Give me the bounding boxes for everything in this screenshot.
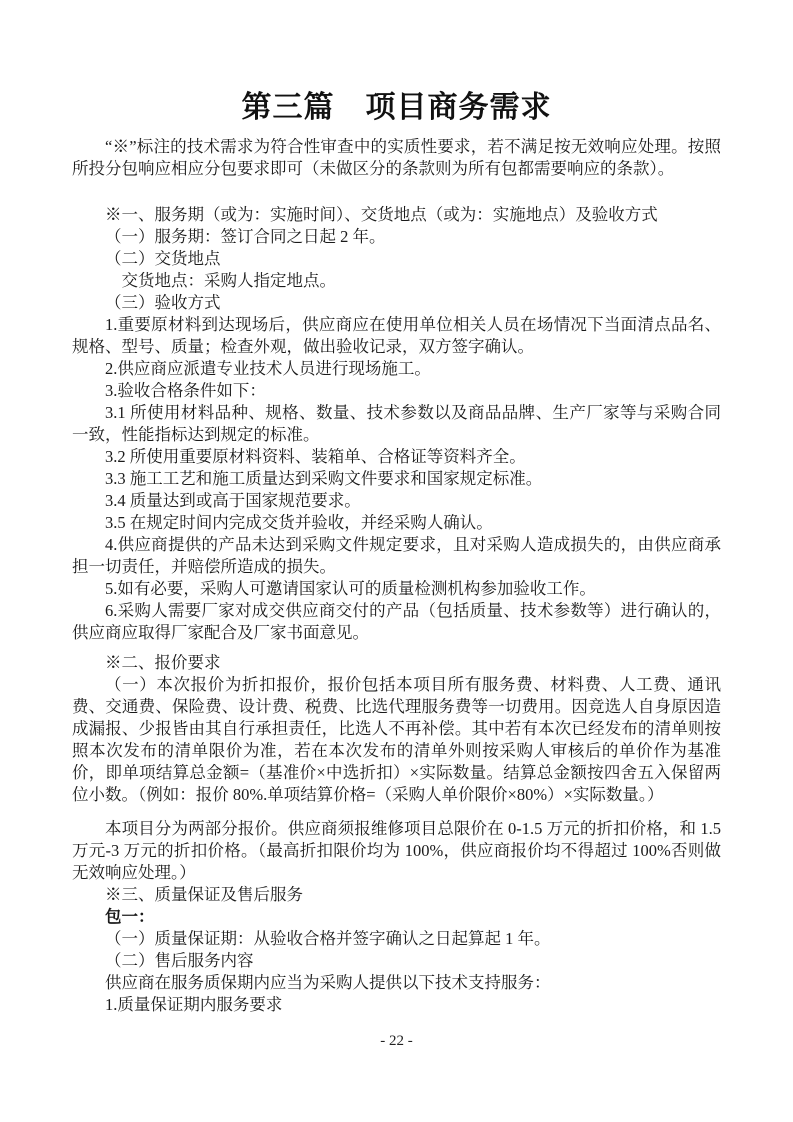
section1-acceptance-heading: （三）验收方式 — [72, 292, 721, 314]
document-title: 第三篇 项目商务需求 — [72, 90, 721, 126]
section1-item-3: 3.验收合格条件如下： — [72, 380, 721, 402]
section1-item-1: 1.重要原材料到达现场后，供应商应在使用单位相关人员在场情况下当面清点品名、规格… — [72, 314, 721, 358]
section1-item-3-3: 3.3 施工工艺和施工质量达到采购文件要求和国家规定标准。 — [72, 468, 721, 490]
section1-delivery-place-heading: （二）交货地点 — [72, 248, 721, 270]
section1-item-3-5: 3.5 在规定时间内完成交货并验收，并经采购人确认。 — [72, 512, 721, 534]
section1-item-3-1: 3.1 所使用材料品种、规格、数量、技术参数以及商品品牌、生产厂家等与采购合同一… — [72, 402, 721, 446]
section1-item-6: 6.采购人需要厂家对成交供应商交付的产品（包括质量、技术参数等）进行确认的，供应… — [72, 600, 721, 644]
section3-heading: ※三、质量保证及售后服务 — [72, 884, 721, 906]
section2-two-part-quote: 本项目分为两部分报价。供应商须报维修项目总限价在 0-1.5 万元的折扣价格，和… — [72, 818, 721, 884]
section3-after-sales-heading: （二）售后服务内容 — [72, 950, 721, 972]
section1-item-3-4: 3.4 质量达到或高于国家规范要求。 — [72, 490, 721, 512]
section1-service-period: （一）服务期：签订合同之日起 2 年。 — [72, 226, 721, 248]
section1-item-5: 5.如有必要，采购人可邀请国家认可的质量检测机构参加验收工作。 — [72, 578, 721, 600]
page-number: - 22 - — [380, 1033, 413, 1049]
document-page: 第三篇 项目商务需求 “※”标注的技术需求为符合性审查中的实质性要求，若不满足按… — [0, 0, 793, 1122]
section2-heading: ※二、报价要求 — [72, 652, 721, 674]
section1-delivery-place-value: 交货地点：采购人指定地点。 — [72, 270, 721, 292]
section1-item-2: 2.供应商应派遣专业技术人员进行现场施工。 — [72, 358, 721, 380]
section2-quote-requirements: （一）本次报价为折扣报价，报价包括本项目所有服务费、材料费、人工费、通讯费、交通… — [72, 674, 721, 806]
intro-paragraph: “※”标注的技术需求为符合性审查中的实质性要求，若不满足按无效响应处理。按照所投… — [72, 136, 721, 180]
section3-support-intro: 供应商在服务质保期内应当为采购人提供以下技术支持服务： — [72, 972, 721, 994]
section3-service-requirement: 1.质量保证期内服务要求 — [72, 994, 721, 1016]
section3-package1-label: 包一： — [72, 906, 721, 928]
section3-warranty-period: （一）质量保证期：从验收合格并签字确认之日起算起 1 年。 — [72, 928, 721, 950]
section1-heading: ※一、服务期（或为：实施时间）、交货地点（或为：实施地点）及验收方式 — [72, 204, 721, 226]
document-content: 第三篇 项目商务需求 “※”标注的技术需求为符合性审查中的实质性要求，若不满足按… — [0, 90, 793, 1016]
section1-item-3-2: 3.2 所使用重要原材料资料、装箱单、合格证等资料齐全。 — [72, 446, 721, 468]
section1-item-4: 4.供应商提供的产品未达到采购文件规定要求，且对采购人造成损失的，由供应商承担一… — [72, 534, 721, 578]
page-footer: - 22 - — [0, 1033, 793, 1050]
